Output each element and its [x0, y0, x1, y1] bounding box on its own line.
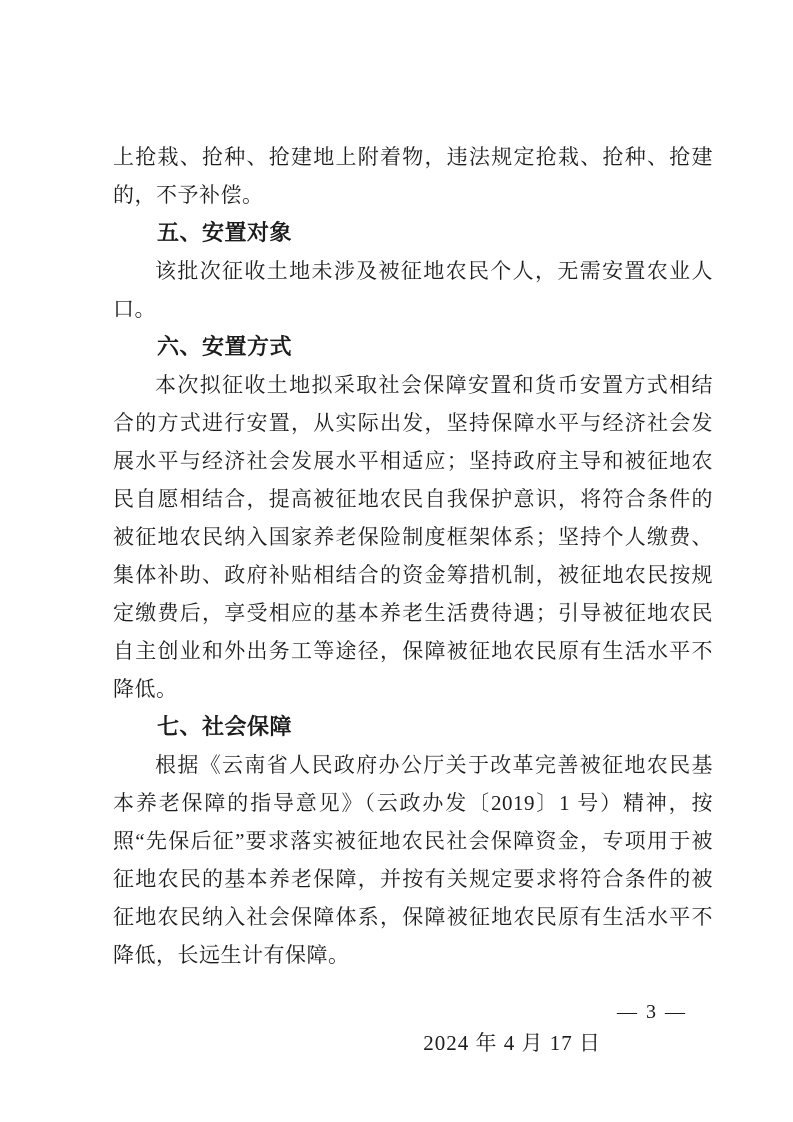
section-6-paragraph: 本次拟征收土地拟采取社会保障安置和货币安置方式相结合的方式进行安置，从实际出发，… [113, 366, 713, 708]
document-date: 2024 年 4 月 17 日 [113, 1024, 713, 1062]
section-heading-6-resettlement-method: 六、安置方式 [113, 328, 713, 366]
section-heading-7-social-security: 七、社会保障 [113, 708, 713, 746]
section-7-paragraph: 根据《云南省人民政府办公厅关于改革完善被征地农民基本养老保障的指导意见》（云政办… [113, 746, 713, 974]
section-heading-5-resettlement-targets: 五、安置对象 [113, 214, 713, 252]
document-page: 上抢栽、抢种、抢建地上附着物，违法规定抢栽、抢种、抢建的，不予补偿。 五、安置对… [0, 0, 793, 1122]
paragraph-continued-from-previous-page: 上抢栽、抢种、抢建地上附着物，违法规定抢栽、抢种、抢建的，不予补偿。 [113, 138, 713, 214]
page-number: — 3 — [617, 998, 687, 1026]
section-5-paragraph: 该批次征收土地未涉及被征地农民个人，无需安置农业人口。 [113, 252, 713, 328]
